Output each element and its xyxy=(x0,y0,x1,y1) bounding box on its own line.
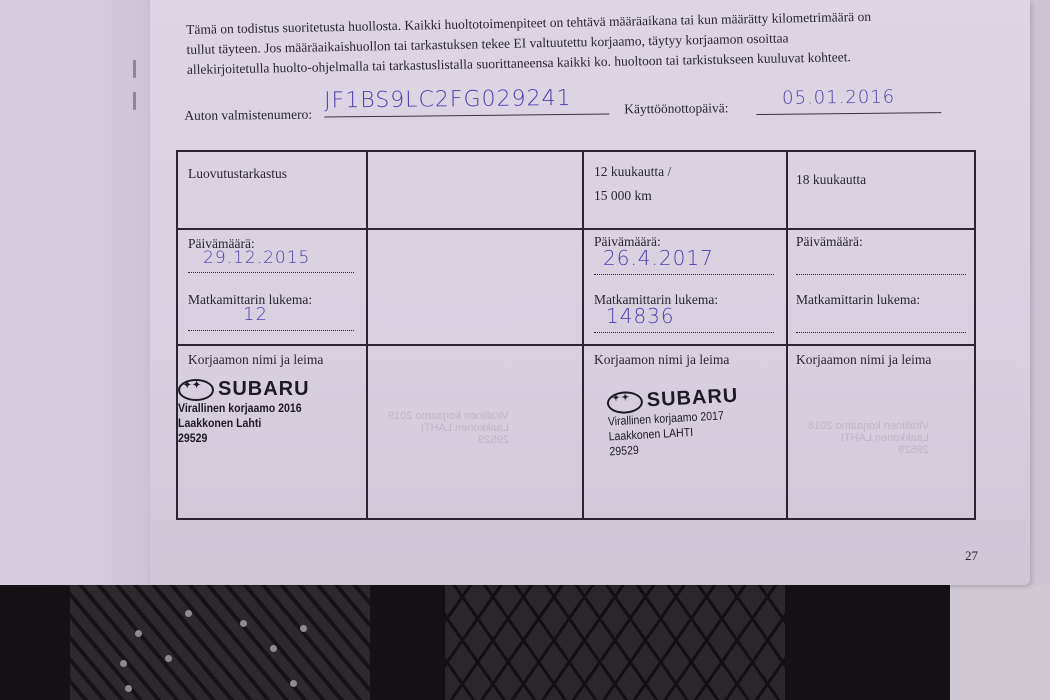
first-use-label: Käyttöönottopäivä: xyxy=(624,100,728,117)
first-use-value: 05.01.2016 xyxy=(782,87,895,109)
col1-workshop-stamp: SUBARU Virallinen korjaamo 2016 Laakkone… xyxy=(178,378,319,446)
vin-underline xyxy=(324,114,609,118)
wall xyxy=(950,585,1050,700)
col4-date-label: Päivämäärä: xyxy=(796,234,863,250)
staple-icon xyxy=(133,92,136,110)
friction-tire xyxy=(445,585,785,700)
col3-date-value: 26.4.2017 xyxy=(603,246,714,270)
staple-icon xyxy=(133,60,136,78)
col1-date-value: 29.12.2015 xyxy=(203,248,310,268)
subaru-logo-icon xyxy=(178,379,214,401)
vin-value: JF1BS9LC2FG029241 xyxy=(324,86,572,114)
col2-bleed-through-stamp: Virallinen korjaamo 2019 Laakkonen LAHTI… xyxy=(388,410,509,446)
vehicle-info-row: Auton valmistenumero: JF1BS9LC2FG029241 … xyxy=(184,82,944,130)
col4-bleed-through-stamp: Virallinen korjaamo 2018 Laakkonen LAHTI… xyxy=(808,420,929,456)
page-number: 27 xyxy=(965,548,978,564)
service-table: Luovutustarkastus Päivämäärä: 29.12.2015… xyxy=(176,150,976,520)
col1-odometer-value: 12 xyxy=(243,304,268,325)
col3-stamp-label: Korjaamon nimi ja leima xyxy=(594,352,729,368)
studded-tire xyxy=(70,585,370,700)
col4-stamp-label: Korjaamon nimi ja leima xyxy=(796,352,931,368)
background-tires xyxy=(0,585,950,700)
col1-stamp-label: Korjaamon nimi ja leima xyxy=(188,352,323,368)
col1-header: Luovutustarkastus xyxy=(188,166,287,182)
col4-odometer-label: Matkamittarin lukema: xyxy=(796,292,920,308)
col3-header-line1: 12 kuukautta / xyxy=(594,164,671,180)
left-page xyxy=(0,0,150,620)
first-use-underline xyxy=(756,112,941,115)
col4-header: 18 kuukautta xyxy=(796,172,866,188)
vin-label: Auton valmistenumero: xyxy=(184,107,312,124)
col3-odometer-value: 14836 xyxy=(606,304,675,328)
col3-header-line2: 15 000 km xyxy=(594,188,652,204)
subaru-logo-icon xyxy=(606,390,643,414)
col3-workshop-stamp: SUBARU Virallinen korjaamo 2017 Laakkone… xyxy=(606,385,741,460)
